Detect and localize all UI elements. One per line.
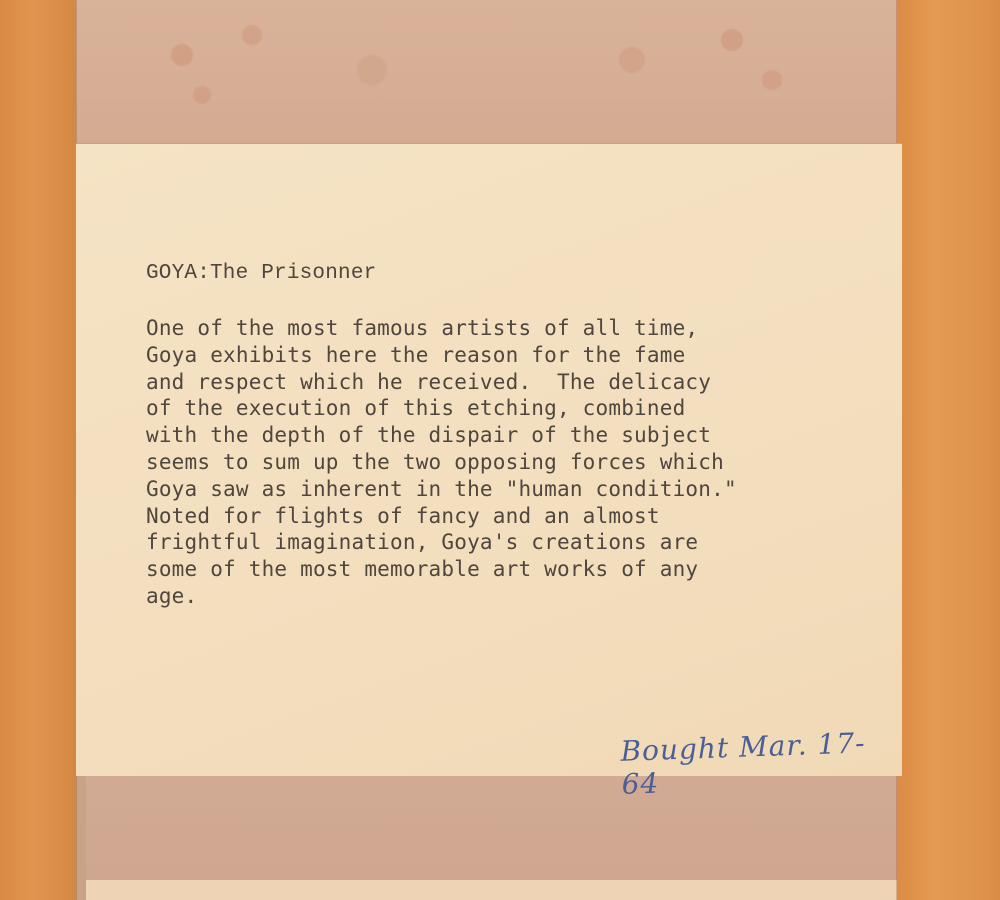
body-line: and respect which he received. The delic… [146, 370, 711, 394]
kraft-paper-top [72, 0, 902, 145]
body-line: of the execution of this etching, combin… [146, 396, 685, 420]
body-line: One of the most famous artists of all ti… [146, 316, 698, 340]
cream-bottom-strip [86, 880, 902, 900]
tape-strip-right [897, 0, 1000, 900]
body-line: frightful imagination, Goya's creations … [146, 530, 698, 554]
body-line: some of the most memorable art works of … [146, 557, 698, 581]
typed-label-card: GOYA:The Prisonner One of the most famou… [76, 143, 902, 776]
card-body: One of the most famous artists of all ti… [146, 315, 737, 610]
body-line: Noted for flights of fancy and an almost [146, 504, 660, 528]
body-line: Goya saw as inherent in the "human condi… [146, 477, 737, 501]
body-line: seems to sum up the two opposing forces … [146, 450, 724, 474]
body-line: age. [146, 584, 197, 608]
card-title: GOYA:The Prisonner [146, 262, 376, 285]
tape-strip-left [0, 0, 76, 900]
handwritten-purchase-note: Bought Mar. 17-64 [620, 725, 903, 801]
body-line: Goya exhibits here the reason for the fa… [146, 343, 685, 367]
body-line: with the depth of the dispair of the sub… [146, 423, 711, 447]
